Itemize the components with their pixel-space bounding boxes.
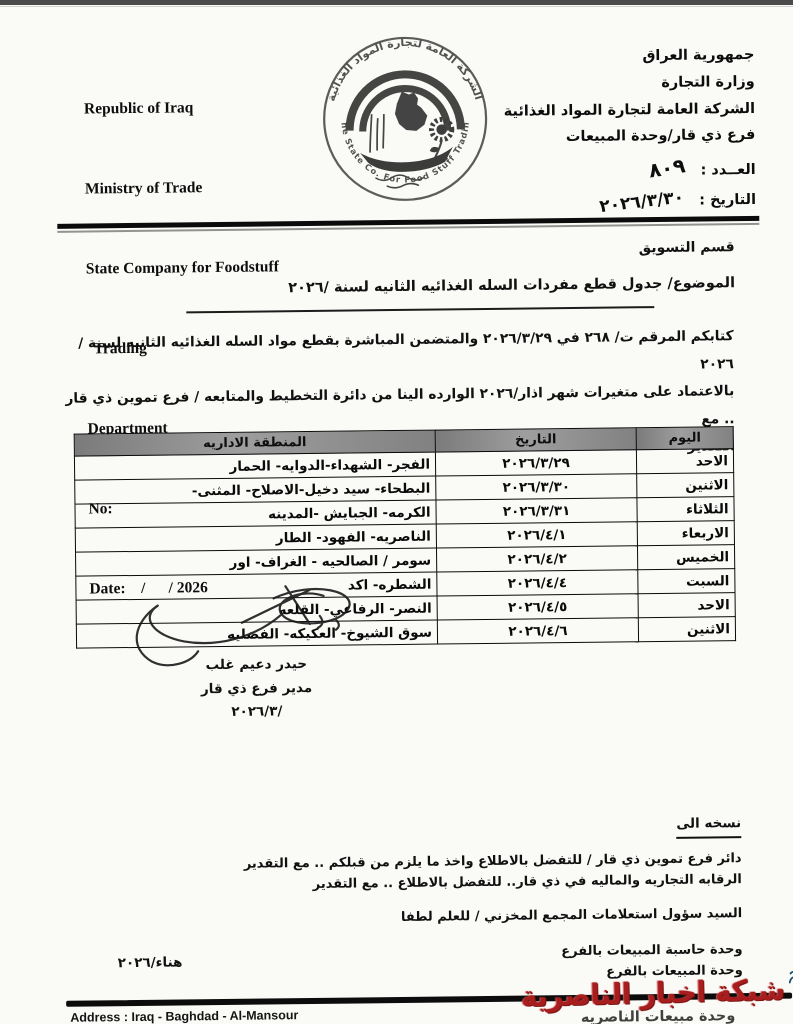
cc-heading: نسخه الى [676,813,741,839]
signatory-title: مدير فرع ذي قار [150,676,362,702]
iraq-map-silhouette [395,91,428,131]
marketing-dept-label: قسم التسويق [639,239,735,256]
ar-line-branch: فرع ذي قار/وحدة المبيعات [455,122,755,152]
ar-line-country: جمهورية العراق [454,42,754,72]
ref-number-row: العــدد : ٨٠٩ [456,149,756,187]
body-line-1: كتابكم المرقم ت/ ٢٦٨ في ٢٠٢٦/٣/٢٩ والمتض… [65,323,735,386]
date-cell: ٢٠٢٦/٤/٥ [437,594,638,620]
day-cell: الاربعاء [637,521,734,546]
header-day: اليوم [636,427,733,450]
letterhead-arabic: جمهورية العراق وزارة التجارة الشركة العا… [454,42,756,217]
ref-number-label: العــدد : [700,162,755,179]
day-cell: الاثنين [638,617,735,642]
date-cell: ٢٠٢٦/٤/١ [436,522,637,548]
date-cell: ٢٠٢٦/٣/٣١ [436,498,637,524]
signature-block: حيدر دعيم غلب مدير فرع ذي قار ٢٠٢٦/٣/ [150,652,363,725]
date-cell: ٢٠٢٦/٣/٣٠ [436,474,637,500]
date-cell: ٢٠٢٦/٤/٦ [437,618,638,644]
news-watermark: شبكة اخبار الناصرية [520,967,793,1018]
day-cell: الخميس [637,545,734,570]
date-cell: ٢٠٢٦/٣/٢٩ [435,450,636,476]
date-cell: ٢٠٢٦/٤/٤ [437,570,638,596]
day-cell: الاثنين [637,473,734,498]
palm-tree-icon [788,967,793,1012]
signatory-name: حيدر دعيم غلب [150,652,362,678]
cc-item: السيد سؤول استعلامات المجمع المخزني / لل… [69,903,742,932]
footer-address: Address : Iraq - Baghdad - Al-Mansour [70,1008,298,1024]
signature-date: ٢٠٢٦/٣/ [151,700,363,726]
reeds [370,114,385,153]
scanned-letter-page: Republic of Iraq Ministry of Trade State… [0,0,793,1024]
ar-line-ministry: وزارة التجارة [455,69,755,99]
ref-date-row: التاريخ : ٢٠٢٦/٣/٣٠ [456,184,756,217]
day-cell: الاحد [638,593,735,618]
day-cell: الثلاثاء [637,497,734,522]
document-content: Republic of Iraq Ministry of Trade State… [0,0,793,1024]
ar-line-company: الشركة العامة لتجارة المواد الغذائية [455,96,755,126]
clerk-initials: هناء/٢٠٢٦ [118,954,183,971]
watermark-text: شبكة اخبار الناصرية [521,973,786,1013]
ref-date-label: التاريخ : [699,192,756,209]
day-cell: السبت [638,569,735,594]
day-cell: الاحد [636,449,733,474]
header-date: التاريخ [435,428,636,452]
date-cell: ٢٠٢٦/٤/٢ [436,546,637,572]
